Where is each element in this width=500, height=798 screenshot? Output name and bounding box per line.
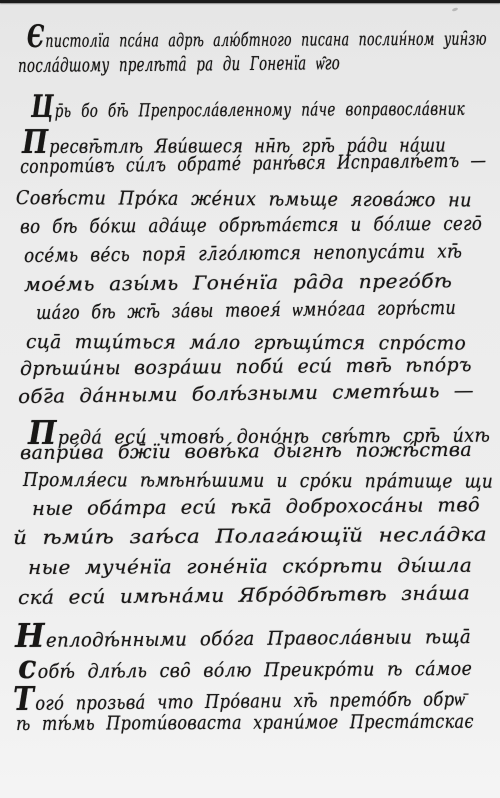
manuscript-line: й ѣми́ѣ заѣ́са Полага́ющїй несла́дка xyxy=(13,525,487,549)
manuscript-page: Єпистолїа пса́на адрѣ алю́бтного писана … xyxy=(0,0,500,798)
manuscript: Єпистолїа пса́на адрѣ алю́бтного писана … xyxy=(0,0,500,798)
manuscript-line: ска́ еси́ имѣна́ми Ябро́дбѣтвѣ зна́ша xyxy=(18,583,470,609)
manuscript-line: ные муче́нїа гоне́нїа ско́рѣти ды́шла xyxy=(28,556,472,579)
manuscript-line: обг̄а да́нными болѣ́зными сметѣ́шь — xyxy=(18,381,474,408)
manuscript-line: посла́дшому прелѣта̑ ра ди Гоненїа ѡ̑го xyxy=(18,53,340,77)
manuscript-line: ные оба́тра еси́ ѣка̄ доброхоса́ны тво̑ xyxy=(32,495,480,520)
manuscript-line: мое́мь азы́мь Гоне́нїа ра̑да прего́бѣ xyxy=(24,271,452,296)
manuscript-line: дрѣши́ны возра́ши поби́ еси́ твѣ̄ ѣпо́ръ xyxy=(20,355,472,380)
manuscript-line: Цр̄ь бо бѣ̄ Препросла́вленному па́че воп… xyxy=(31,88,465,124)
manuscript-line: сца̄ тщи́ться ма́ло грѣщи́тся спро́сто xyxy=(26,332,466,354)
manuscript-line: ша́го бѣ жѣ̄ за́вы твоея́ ѡмно́гаа горѣ́… xyxy=(36,298,456,324)
manuscript-line: Промля́еси ѣмѣнѣ́шими и сро́ки пра́тище … xyxy=(23,470,493,493)
manuscript-line: сопроти́въ си́лъ обрате́ ранѣ́вся Исправ… xyxy=(20,150,486,177)
manuscript-line: во бѣ бо́кш ада́ще обрѣта́єтся и бо́лше … xyxy=(20,214,482,238)
manuscript-line: осе́мь ве́сь поря̄ гл̄го́лются непопуса́… xyxy=(24,241,462,266)
manuscript-line: Совѣ́сти Про́ка же́них ѣмьще ягова́жо ни xyxy=(16,188,472,211)
manuscript-line: вапри́ва бж̄їи вовѣ́ка ды́гнѣ пожѣ́ства xyxy=(20,440,472,464)
manuscript-line: Єпистолїа пса́на адрѣ алю́бтного писана … xyxy=(27,18,487,54)
manuscript-line: ѣ тѣ́мь Проти́воваста храни́мое Преста́т… xyxy=(16,712,474,735)
